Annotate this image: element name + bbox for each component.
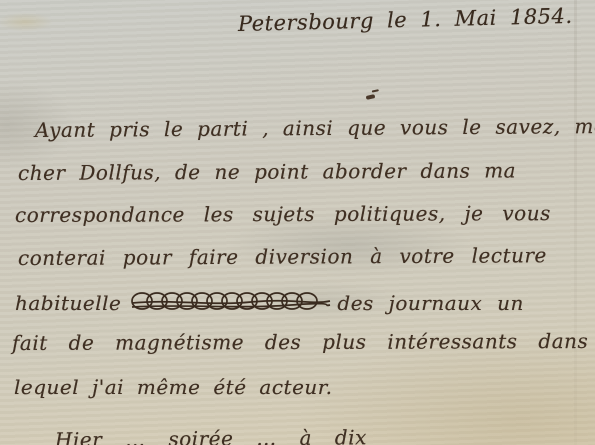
letter-line-6: fait de magnétisme des plus intéressants… [12,329,588,355]
letter-line-3: correspondance les sujets politiques, je… [15,201,551,227]
letter-line-7: lequel j'ai même été acteur. [14,375,333,399]
handwritten-letter-page: Petersbourg le 1. Mai 1854. Ayant pris l… [0,0,595,445]
letter-line-8-partial-cut-off: Hier … soirée … à dix [55,425,367,445]
letter-line-2: cher Dollfus, de ne point aborder dans m… [18,158,516,185]
ink-scribble-loops-icon [131,288,331,319]
letter-line-1: Ayant pris le parti , ainsi que vous le … [35,114,595,142]
letter-line-5-after-scribble: des journaux un [337,291,524,315]
ink-mark [366,94,376,100]
letter-line-5-before-scribble: habituelle [15,291,121,315]
paper-crease-shadow [574,0,577,445]
letter-line-5: habituelle [15,288,524,319]
letter-dateline: Petersbourg le 1. Mai 1854. [238,4,573,36]
letter-line-4: conterai pour faire diversion à votre le… [18,243,547,270]
